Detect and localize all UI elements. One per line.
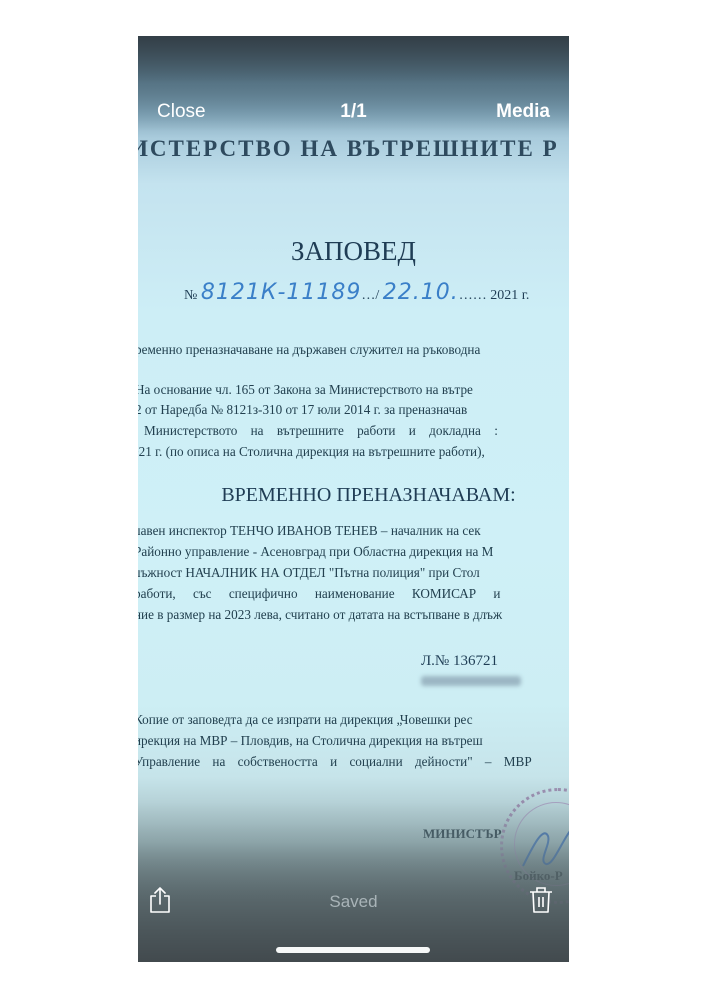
dotted-fill: …/	[361, 288, 379, 303]
status-label: Saved	[138, 892, 569, 912]
delete-button[interactable]	[529, 886, 553, 919]
order-heading: ВРЕМЕННО ПРЕНАЗНАЧАВАМ:	[138, 484, 569, 507]
home-indicator[interactable]	[276, 947, 430, 953]
basis-line: На основание чл. 165 от Закона за Минист…	[138, 382, 473, 398]
order-line: Районно управление - Асеновград при Обла…	[138, 544, 493, 560]
order-line: ние в размер на 2023 лева, считано от да…	[138, 607, 502, 623]
order-line: лъжност НАЧАЛНИК НА ОТДЕЛ "Пътна полиция…	[138, 565, 480, 581]
photo-viewer: ИСТЕРСТВО НА ВЪТРЕШНИТЕ Р ЗАПОВЕД № 8121…	[138, 36, 569, 962]
personal-number: Л.№ 136721	[421, 653, 498, 670]
order-number-line: № 8121К-11189…/ 22.10.…… 2021 г.	[184, 280, 529, 305]
ministry-header: ИСТЕРСТВО НА ВЪТРЕШНИТЕ Р	[138, 136, 559, 162]
number-prefix: №	[184, 288, 197, 303]
navigation-bar: Close 1/1 Media	[138, 98, 569, 128]
handwritten-number: 8121К-11189	[201, 280, 362, 305]
redacted-text	[421, 676, 521, 686]
basis-line: Министерството на вътрешните работи и до…	[144, 423, 498, 439]
handwritten-date: 22.10.	[383, 280, 459, 305]
document-title: ЗАПОВЕД	[138, 236, 569, 267]
basis-line: 021 г. (по описа на Столична дирекция на…	[138, 444, 485, 460]
basis-line: 2 от Наредба № 8121з-310 от 17 юли 2014 …	[138, 402, 467, 418]
media-button[interactable]: Media	[496, 101, 550, 123]
copy-line: Копие от заповедта да се изпрати на дире…	[138, 712, 473, 728]
trash-icon	[529, 886, 553, 914]
bottom-toolbar: Saved	[138, 886, 569, 922]
subject-line: ременно преназначаване на държавен служи…	[138, 342, 480, 358]
order-line: лавен инспектор ТЕНЧО ИВАНОВ ТЕНЕВ – нач…	[138, 523, 481, 539]
bottom-overlay	[138, 802, 569, 962]
copy-line: Управление на собствеността и социални д…	[138, 754, 532, 770]
copy-line: ирекция на МВР – Пловдив, на Столична ди…	[138, 733, 483, 749]
dotted-fill: ……	[459, 288, 487, 303]
order-line: работи, със специфично наименование КОМИ…	[138, 586, 500, 602]
year-suffix: 2021 г.	[490, 288, 529, 303]
